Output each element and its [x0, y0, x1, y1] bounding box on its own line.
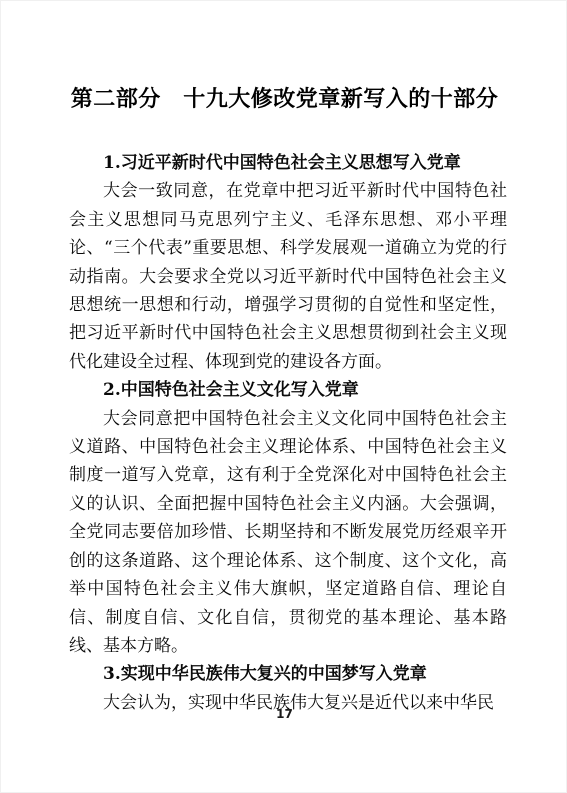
section-heading-2: 2.中国特色社会主义文化写入党章 [69, 376, 507, 404]
page-number: 17 [1, 707, 567, 721]
section-heading-3: 3.实现中华民族伟大复兴的中国梦写入党章 [69, 660, 507, 688]
section-heading-1: 1.习近平新时代中国特色社会主义思想写入党章 [69, 149, 507, 177]
document-page: 第二部分 十九大修改党章新写入的十部分 1.习近平新时代中国特色社会主义思想写入… [0, 0, 567, 793]
section-paragraph-2: 大会同意把中国特色社会主义文化同中国特色社会主义道路、中国特色社会主义理论体系、… [69, 405, 507, 661]
section-paragraph-1: 大会一致同意，在党章中把习近平新时代中国特色社会主义思想同马克思列宁主义、毛泽东… [69, 177, 507, 376]
document-body: 1.习近平新时代中国特色社会主义思想写入党章 大会一致同意，在党章中把习近平新时… [69, 149, 507, 717]
page-title: 第二部分 十九大修改党章新写入的十部分 [1, 85, 567, 115]
